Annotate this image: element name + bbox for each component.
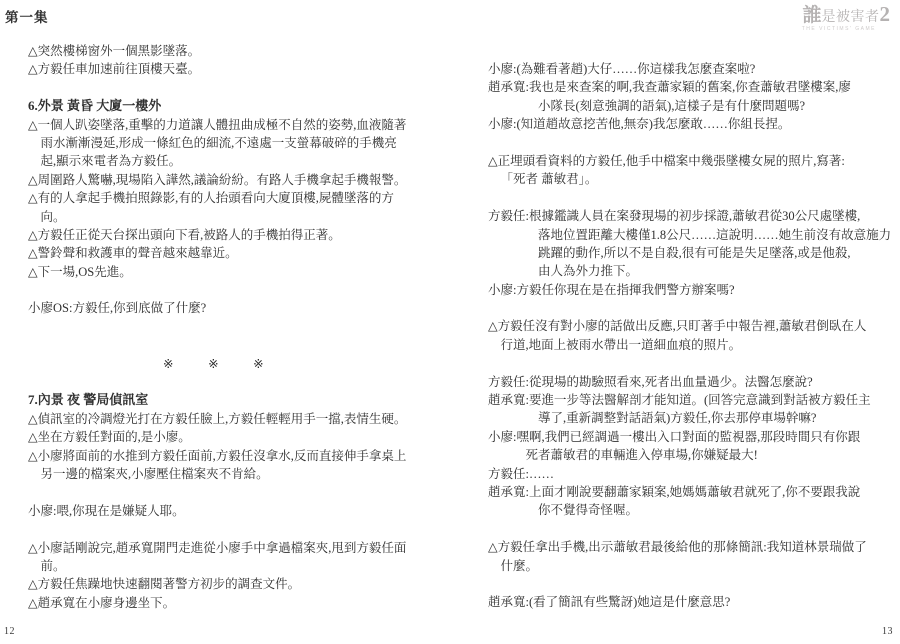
scene-heading: 6.外景 黃昏 大廈一樓外 bbox=[28, 97, 446, 115]
script-line: 方毅任:根據鑑識人員在案發現場的初步採證,蕭敏君從30公尺處墜樓, bbox=[488, 207, 896, 225]
script-line: △方毅任車加速前往頂樓天臺。 bbox=[28, 60, 446, 78]
script-line: △方毅任正從天台探出頭向下看,被路人的手機拍得正著。 bbox=[28, 226, 446, 244]
blank-line bbox=[28, 483, 446, 501]
script-line: 由人為外力推下。 bbox=[488, 262, 896, 280]
blank-line bbox=[488, 354, 896, 372]
scene-heading: 7.內景 夜 警局偵訊室 bbox=[28, 391, 446, 409]
script-line: △方毅任焦躁地快速翻閱著警方初步的調查文件。 bbox=[28, 575, 446, 593]
logo-subtitle: THE VICTIMS' GAME bbox=[802, 27, 876, 32]
script-line: △偵訊室的冷調燈光打在方毅任臉上,方毅任輕輕用手一擋,表情生硬。 bbox=[28, 410, 446, 428]
blank-line bbox=[488, 520, 896, 538]
script-line: 方毅任:…… bbox=[488, 465, 896, 483]
book-spread: 第一集 △突然樓梯窗外一個黑影墜落。△方毅任車加速前往頂樓天臺。 6.外景 黃昏… bbox=[0, 0, 900, 644]
scene-separator: ※ ※ ※ bbox=[28, 355, 446, 373]
blank-line bbox=[488, 299, 896, 317]
blank-line bbox=[488, 134, 896, 152]
script-line: 行道,地面上被雨水帶出一道細血痕的照片。 bbox=[488, 336, 896, 354]
running-head-episode: 第一集 bbox=[5, 6, 49, 26]
script-line: △方毅任沒有對小廖的話做出反應,只盯著手中報告裡,蕭敏君倒臥在人 bbox=[488, 317, 896, 335]
script-line: 趙承寬:(看了簡訊有些驚訝)她這是什麼意思? bbox=[488, 593, 896, 611]
page-number-left: 12 bbox=[4, 626, 15, 637]
logo-season-number: 2 bbox=[880, 2, 891, 26]
blank-line bbox=[488, 189, 896, 207]
blank-line bbox=[28, 373, 446, 391]
script-line: 小隊長(刻意強調的語氣),這樣子是有什麼問題嗎? bbox=[488, 97, 896, 115]
script-line: 跳躍的動作,所以不是自殺,很有可能是失足墜落,或是他殺, bbox=[488, 244, 896, 262]
right-page-content: 小廖:(為難看著趙)大仔……你這樣我怎麼查案啦?趙承寬:我也是來查案的啊,我查蕭… bbox=[488, 60, 896, 612]
script-line: 趙承寬:上面才剛說要翻蕭家穎案,她媽媽蕭敏君就死了,你不要跟我說 bbox=[488, 483, 896, 501]
script-line: 小廖:嘿啊,我們已經調過一樓出入口對面的監視器,那段時間只有你跟 bbox=[488, 428, 896, 446]
script-line: △一個人趴姿墜落,重擊的力道讓人體扭曲成極不自然的姿勢,血液隨著 bbox=[28, 116, 446, 134]
script-line: 導了,重新調整對話語氣)方毅任,你去那停車場幹嘛? bbox=[488, 409, 896, 427]
script-line: 雨水漸漸漫延,形成一條紅色的細流,不遠處一支螢幕破碎的手機亮 bbox=[28, 134, 446, 152]
blank-line bbox=[28, 336, 446, 354]
script-line: △小廖話剛說完,趙承寬開門走進從小廖手中拿過檔案夾,甩到方毅任面 bbox=[28, 539, 446, 557]
script-line: 前。 bbox=[28, 557, 446, 575]
blank-line bbox=[28, 281, 446, 299]
script-line: 另一邊的檔案夾,小廖壓住檔案夾不肯給。 bbox=[28, 465, 446, 483]
script-line: 死者蕭敏君的車輛進入停車場,你嫌疑最大! bbox=[488, 446, 896, 464]
script-line: △警鈴聲和救護車的聲音越來越靠近。 bbox=[28, 244, 446, 262]
script-line: △突然樓梯窗外一個黑影墜落。 bbox=[28, 42, 446, 60]
page-number-right: 13 bbox=[882, 626, 893, 637]
script-line: 小廖OS:方毅任,你到底做了什麼? bbox=[28, 299, 446, 317]
script-line: 方毅任:從現場的勘驗照看來,死者出血量過少。法醫怎麼說? bbox=[488, 373, 896, 391]
script-line: 小廖:方毅任你現在是在指揮我們警方辦案嗎? bbox=[488, 281, 896, 299]
script-line: △周圍路人驚嚇,現場陷入譁然,議論紛紛。有路人手機拿起手機報警。 bbox=[28, 171, 446, 189]
script-line: 落地位置距離大樓僅1.8公尺……這說明……她生前沒有故意施力 bbox=[488, 226, 896, 244]
script-line: △小廖將面前的水推到方毅任面前,方毅任沒拿水,反而直接伸手拿桌上 bbox=[28, 447, 446, 465]
right-page: 誰是被害者2 THE VICTIMS' GAME 小廖:(為難看著趙)大仔……你… bbox=[450, 0, 900, 644]
script-line: 你不覺得奇怪喔。 bbox=[488, 501, 896, 519]
script-line: 趙承寬:我也是來查案的啊,我查蕭家穎的舊案,你查蕭敏君墜樓案,廖 bbox=[488, 78, 896, 96]
series-logo: 誰是被害者2 THE VICTIMS' GAME bbox=[802, 4, 890, 32]
blank-line bbox=[488, 575, 896, 593]
script-line: 什麼。 bbox=[488, 557, 896, 575]
script-line: 起,顯示來電者為方毅任。 bbox=[28, 152, 446, 170]
blank-line bbox=[28, 520, 446, 538]
script-line: 「死者 蕭敏君」。 bbox=[488, 170, 896, 188]
script-line: 向。 bbox=[28, 208, 446, 226]
script-line: △方毅任拿出手機,出示蕭敏君最後給他的那條簡訊:我知道林景瑞做了 bbox=[488, 538, 896, 556]
script-line: △有的人拿起手機拍照錄影,有的人抬頭看向大廈頂樓,屍體墜落的方 bbox=[28, 189, 446, 207]
script-line: △正埋頭看資料的方毅任,他手中檔案中幾張墜樓女屍的照片,寫著: bbox=[488, 152, 896, 170]
script-line: 趙承寬:要進一步等法醫解剖才能知道。(回答完意識到對話被方毅任主 bbox=[488, 391, 896, 409]
blank-line bbox=[28, 79, 446, 97]
left-page: 第一集 △突然樓梯窗外一個黑影墜落。△方毅任車加速前往頂樓天臺。 6.外景 黃昏… bbox=[0, 0, 450, 644]
script-line: △趙承寬在小廖身邊坐下。 bbox=[28, 594, 446, 612]
script-line: △下一場,OS先進。 bbox=[28, 263, 446, 281]
logo-title-rest: 是被害者 bbox=[822, 10, 880, 25]
script-line: 小廖:喂,你現在是嫌疑人耶。 bbox=[28, 502, 446, 520]
script-line: 小廖:(知道趙故意挖苦他,無奈)我怎麼敢……你組長捏。 bbox=[488, 115, 896, 133]
blank-line bbox=[28, 318, 446, 336]
left-page-content: △突然樓梯窗外一個黑影墜落。△方毅任車加速前往頂樓天臺。 6.外景 黃昏 大廈一… bbox=[28, 42, 446, 612]
script-line: △坐在方毅任對面的,是小廖。 bbox=[28, 428, 446, 446]
logo-title-first-char: 誰 bbox=[802, 5, 821, 26]
script-line: 小廖:(為難看著趙)大仔……你這樣我怎麼查案啦? bbox=[488, 60, 896, 78]
